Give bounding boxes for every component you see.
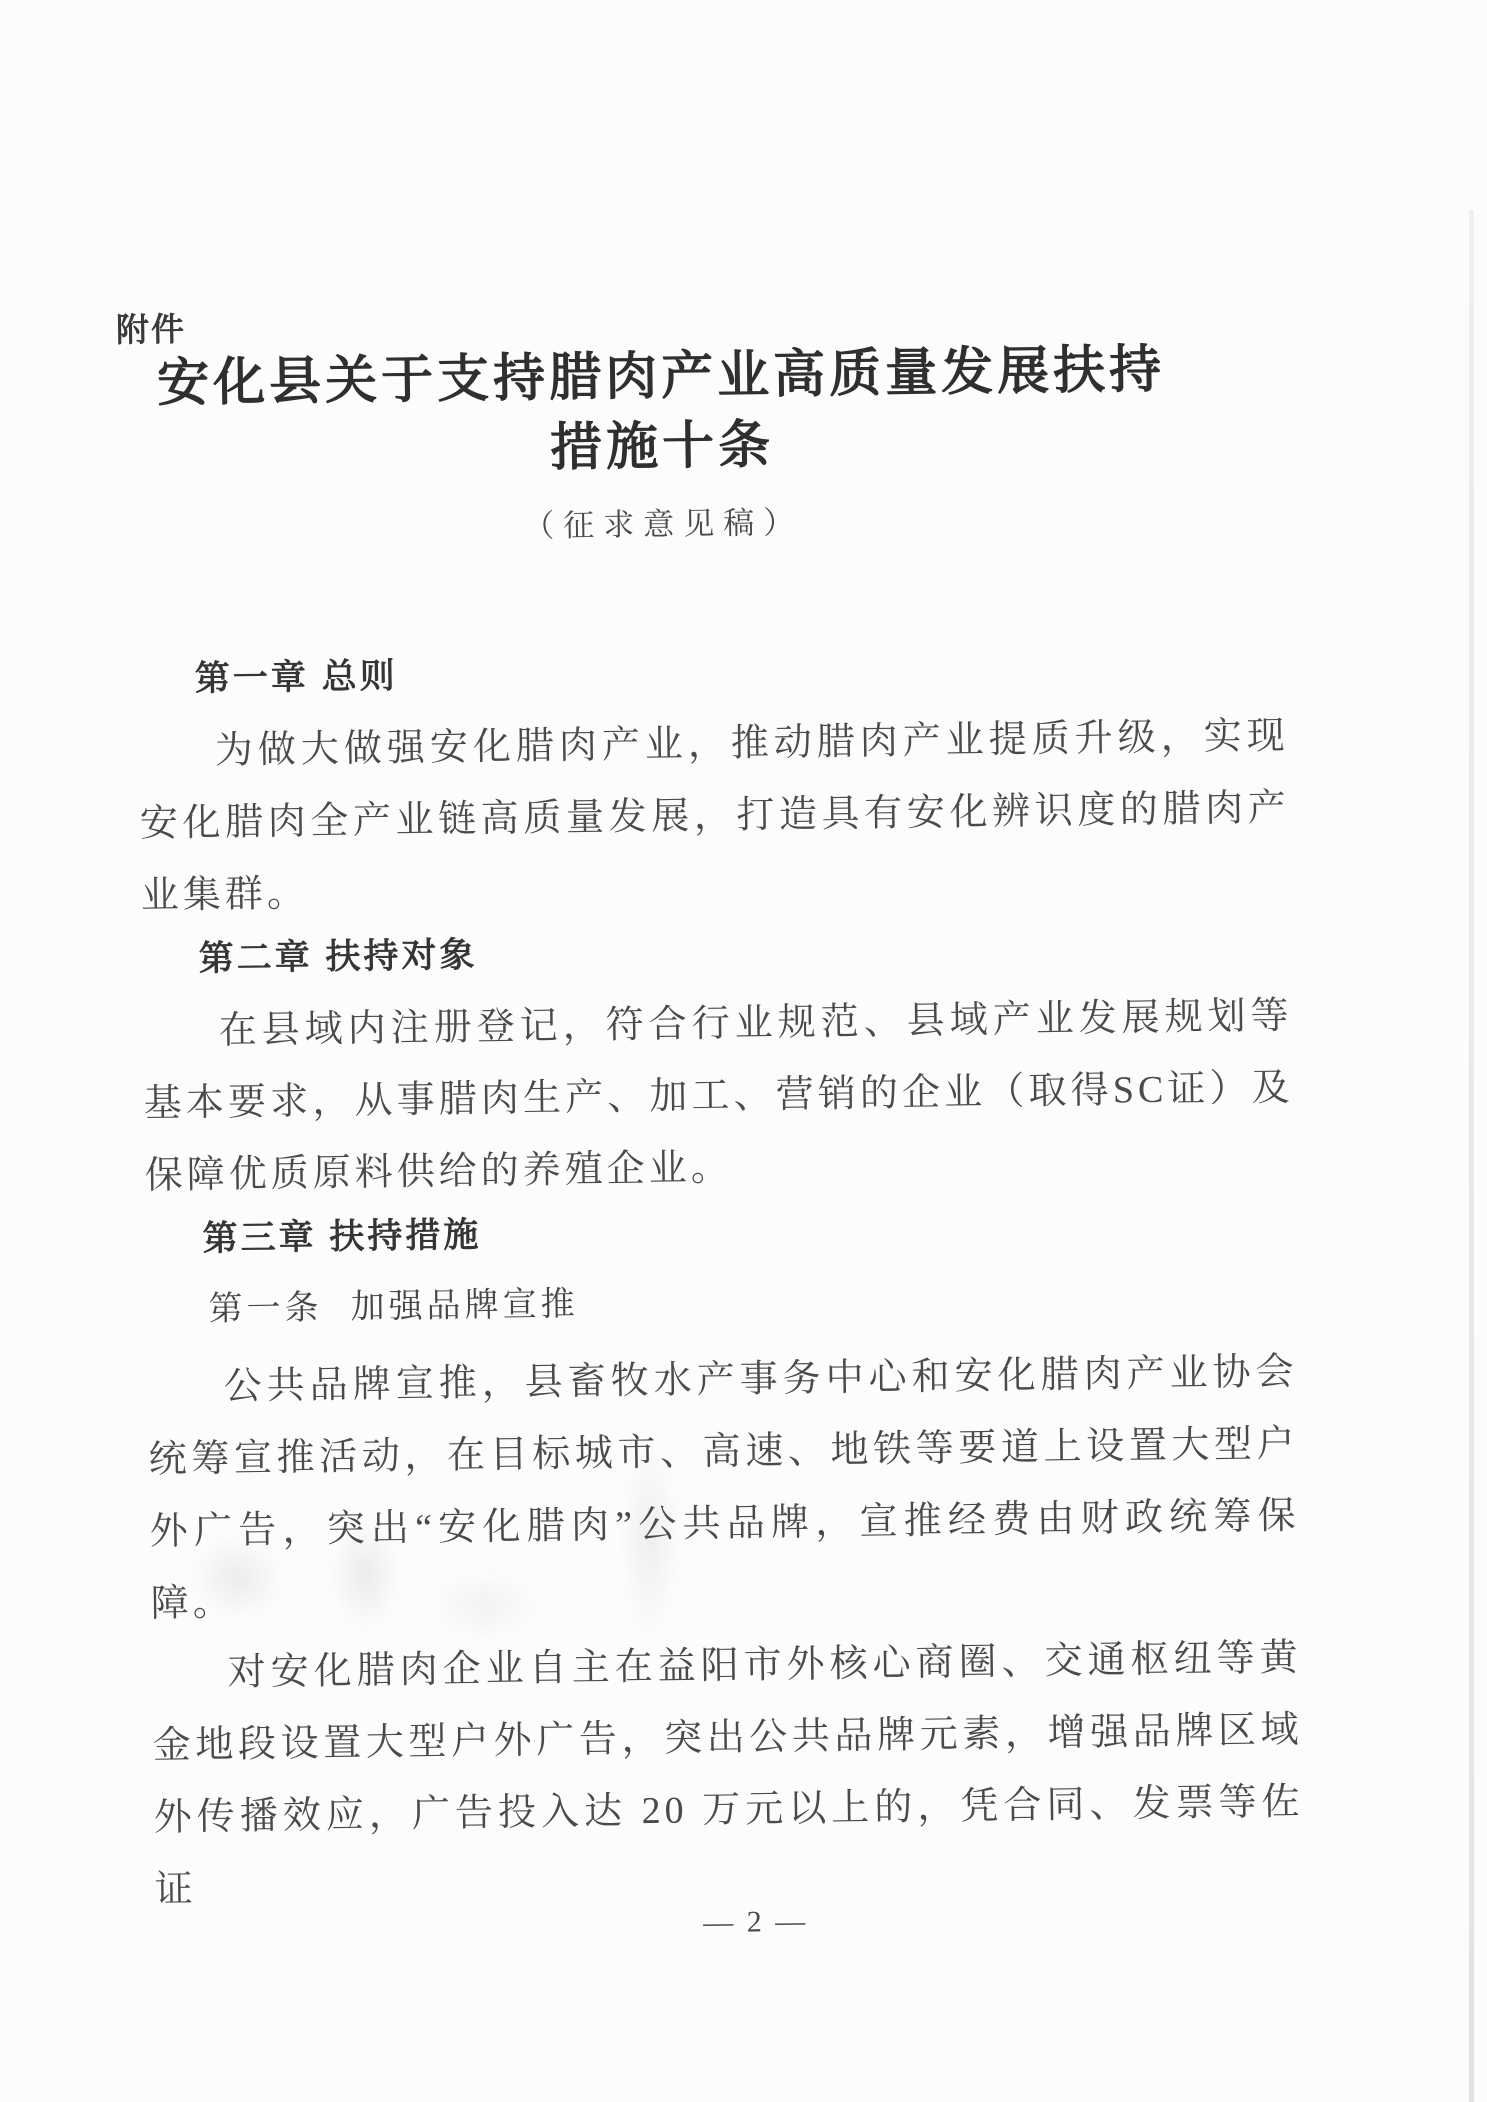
document-title-line2: 措施十条 [139,405,1185,490]
article-1-paragraph-2: 对安化腊肉企业自主在益阳市外核心商圈、交通枢纽等黄金地段设置大型户外广告，突出公… [151,1622,1305,1926]
chapter-2-heading: 第二章 扶持对象 [198,927,477,981]
document-title: 安化县关于支持腊肉产业高质量发展扶持 措施十条 [138,335,1185,490]
article-1-paragraph-1: 公共品牌宣推，县畜牧水产事务中心和安化腊肉产业协会统筹宣推活动，在目标城市、高速… [147,1336,1301,1640]
article-1-number: 第一条 [208,1290,323,1329]
scan-content: 附件 安化县关于支持腊肉产业高质量发展扶持 措施十条 （征求意见稿） 第一章 总… [0,0,1487,2102]
article-1-title: 加强品牌宣推 [350,1286,578,1326]
article-1-heading: 第一条加强品牌宣推 [208,1276,579,1330]
chapter-1-paragraph: 为做大做强安化腊肉产业，推动腊肉产业提质升级，实现安化腊肉全产业链高质量发展，打… [138,700,1291,932]
chapter-2-paragraph: 在县域内注册登记，符合行业规范、县域产业发展规划等基本要求，从事腊肉生产、加工、… [142,980,1295,1212]
attachment-label: 附件 [116,303,187,351]
document-page: 附件 安化县关于支持腊肉产业高质量发展扶持 措施十条 （征求意见稿） 第一章 总… [0,0,1487,2102]
chapter-1-heading: 第一章 总则 [194,648,397,701]
document-title-line1: 安化县关于支持腊肉产业高质量发展扶持 [138,335,1184,420]
chapter-3-heading: 第三章 扶持措施 [202,1207,481,1261]
document-subtitle: （征求意见稿） [140,491,1186,551]
